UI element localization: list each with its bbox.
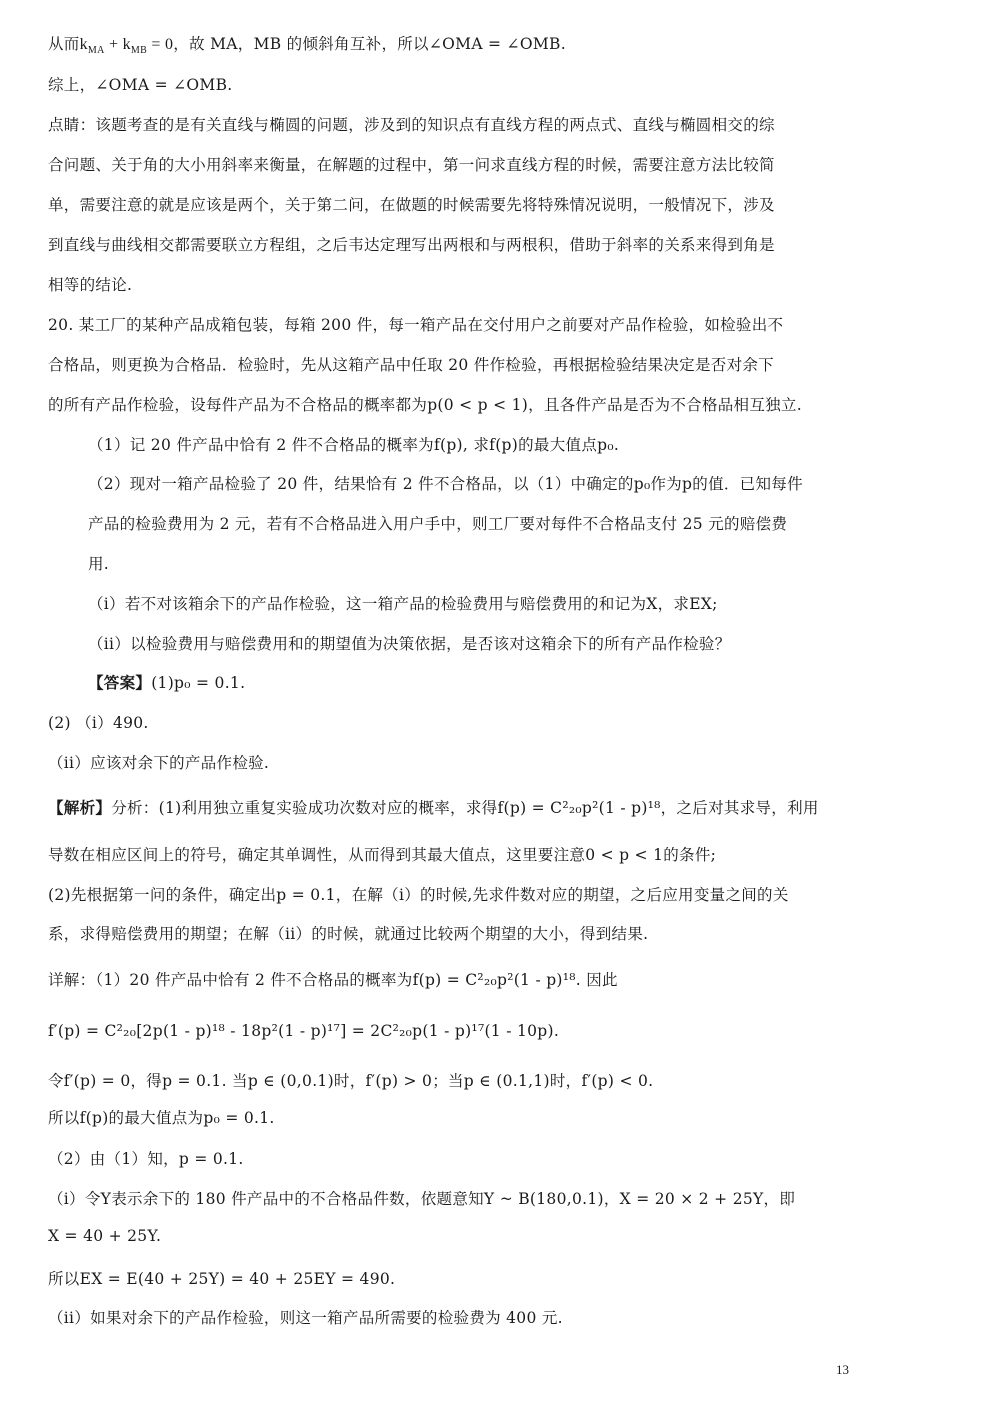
text-line: 单，需要注意的就是应该是两个，关于第二问，在做题的时候需要先将特殊情况说明，一般… xyxy=(48,193,775,215)
analysis-line: 【解析】分析：(1)利用独立重复实验成功次数对应的概率，求得f(p) = C²₂… xyxy=(48,796,819,818)
text-line: （ii）如果对余下的产品作检验，则这一箱产品所需要的检验费为 400 元. xyxy=(48,1306,563,1328)
text-line: （2）由（1）知，p = 0.1. xyxy=(48,1147,244,1169)
formula-line: f′(p) = C²₂₀[2p(1 - p)¹⁸ - 18p²(1 - p)¹⁷… xyxy=(48,1022,559,1040)
question-20: 20. 某工厂的某种产品成箱包装，每箱 200 件，每一箱产品在交付用户之前要对… xyxy=(48,313,783,335)
text-line: 导数在相应区间上的符号，确定其单调性，从而得到其最大值点，这里要注意0 < p … xyxy=(48,843,716,865)
detail-line: 详解：（1）20 件产品中恰有 2 件不合格品的概率为f(p) = C²₂₀p²… xyxy=(48,968,618,990)
text-line: X = 40 + 25Y. xyxy=(48,1227,161,1245)
answer-line: 【答案】(1)p₀ = 0.1. xyxy=(88,671,245,693)
text-line: 从而kMA + kMB = 0，故 MA，MB 的倾斜角互补，所以∠OMA = … xyxy=(48,32,566,54)
sub-question-ii: （ii）以检验费用与赔偿费用和的期望值为决策依据，是否该对这箱余下的所有产品作检… xyxy=(88,632,731,654)
text-line: 相等的结论. xyxy=(48,273,132,295)
text-line: 综上，∠OMA = ∠OMB. xyxy=(48,73,232,95)
text-line: 的所有产品作检验，设每件产品为不合格品的概率都为p(0 < p < 1)，且各件… xyxy=(48,393,802,415)
text-line: 所以f(p)的最大值点为p₀ = 0.1. xyxy=(48,1106,275,1128)
text-line: 合格品，则更换为合格品．检验时，先从这箱产品中任取 20 件作检验，再根据检验结… xyxy=(48,353,774,375)
answer-line: （ii）应该对余下的产品作检验. xyxy=(48,751,269,773)
sub-question-1: （1）记 20 件产品中恰有 2 件不合格品的概率为f(p), 求f(p)的最大… xyxy=(88,433,619,455)
text-line: 用. xyxy=(88,552,109,574)
text-line: （i）令Y表示余下的 180 件产品中的不合格品件数，依题意知Y ~ B(180… xyxy=(48,1187,795,1209)
text-line: 所以EX = E(40 + 25Y) = 40 + 25EY = 490. xyxy=(48,1267,395,1289)
formula-line: 令f′(p) = 0，得p = 0.1. 当p ∈ (0,0.1)时，f′(p)… xyxy=(48,1069,653,1091)
text-line: 合问题、关于角的大小用斜率来衡量，在解题的过程中，第一问求直线方程的时候，需要注… xyxy=(48,153,775,175)
text-line: 点睛：该题考查的是有关直线与椭圆的问题，涉及到的知识点有直线方程的两点式、直线与… xyxy=(48,113,775,135)
text-line: 到直线与曲线相交都需要联立方程组，之后韦达定理写出两根和与两根积，借助于斜率的关… xyxy=(48,233,775,255)
sub-question-2: （2）现对一箱产品检验了 20 件，结果恰有 2 件不合格品，以（1）中确定的p… xyxy=(88,472,803,494)
text-line: 系，求得赔偿费用的期望；在解（ii）的时候，就通过比较两个期望的大小，得到结果. xyxy=(48,922,648,944)
math-expression: kMA + kMB = 0 xyxy=(80,36,174,53)
sub-question-i: （i）若不对该箱余下的产品作检验，这一箱产品的检验费用与赔偿费用的和记为X，求E… xyxy=(88,592,718,614)
answer-line: (2) （i）490. xyxy=(48,711,149,733)
analysis-label: 【解析】 xyxy=(48,798,111,817)
page-number: 13 xyxy=(836,1362,849,1378)
answer-label: 【答案】 xyxy=(88,673,151,692)
text-line: (2)先根据第一问的条件，确定出p = 0.1，在解（i）的时候,先求件数对应的… xyxy=(48,883,789,905)
text-line: 产品的检验费用为 2 元，若有不合格品进入用户手中，则工厂要对每件不合格品支付 … xyxy=(88,512,787,534)
